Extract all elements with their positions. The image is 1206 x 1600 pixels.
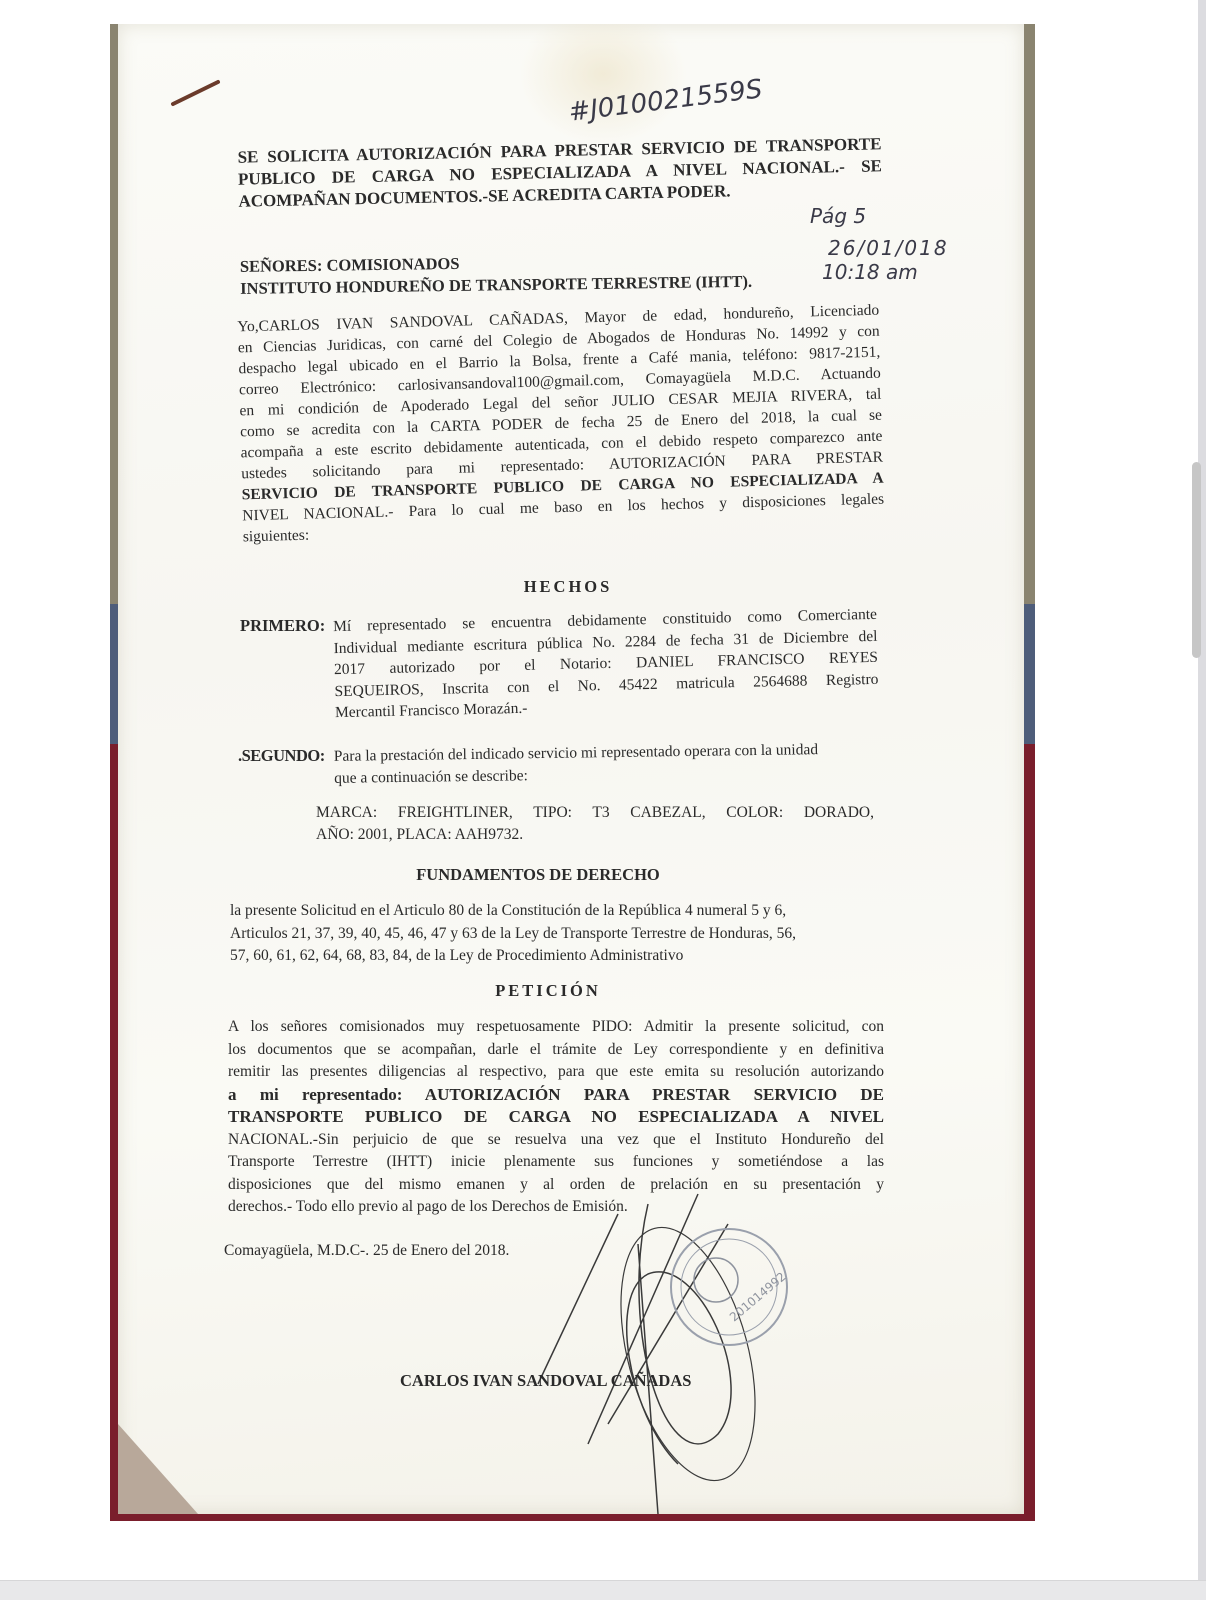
hechos-heading: HECHOS xyxy=(418,576,718,598)
image-viewer: #J010021559S Pág 5 26/01/018 10:18 am SE… xyxy=(0,0,1206,1580)
addressee: SEÑORES: COMISIONADOS INSTITUTO HONDUREÑ… xyxy=(240,248,801,299)
primero-paragraph: Mí representado se encuentra debidamente… xyxy=(333,604,879,724)
segundo-label: .SEGUNDO: xyxy=(238,746,325,766)
document-photo: #J010021559S Pág 5 26/01/018 10:18 am SE… xyxy=(110,24,1035,1521)
fundamentos-paragraph: la presente Solicitud en el Articulo 80 … xyxy=(230,900,890,968)
paper-page: #J010021559S Pág 5 26/01/018 10:18 am SE… xyxy=(118,24,1024,1514)
peticion-heading: PETICIÓN xyxy=(418,980,678,1002)
scrollbar-track[interactable] xyxy=(1198,0,1206,1580)
signatory-name: CARLOS IVAN SANDOVAL CAÑADAS xyxy=(400,1370,691,1392)
bottom-bar xyxy=(0,1580,1206,1600)
intro-paragraph: Yo,CARLOS IVAN SANDOVAL CAÑADAS, Mayor d… xyxy=(237,300,885,548)
fundamentos-heading: FUNDAMENTOS DE DERECHO xyxy=(368,864,708,886)
document-title: SE SOLICITA AUTORIZACIÓN PARA PRESTAR SE… xyxy=(237,133,882,212)
pen-mark-icon xyxy=(168,74,228,114)
scrollbar-thumb[interactable] xyxy=(1192,462,1201,658)
notary-stamp-icon: 201014992 xyxy=(664,1222,794,1352)
handwritten-received-date: 26/01/018 xyxy=(828,236,949,260)
segundo-paragraph: Para la prestación del indicado servicio… xyxy=(334,738,895,789)
place-date: Comayagüela, M.D.C-. 25 de Enero del 201… xyxy=(224,1240,509,1262)
vehicle-description: MARCA: FREIGHTLINER, TIPO: T3 CABEZAL, C… xyxy=(316,802,874,845)
primero-label: PRIMERO: xyxy=(240,616,325,636)
handwritten-received-mark: Pág 5 xyxy=(810,204,866,228)
handwritten-received-time: 10:18 am xyxy=(822,260,918,284)
